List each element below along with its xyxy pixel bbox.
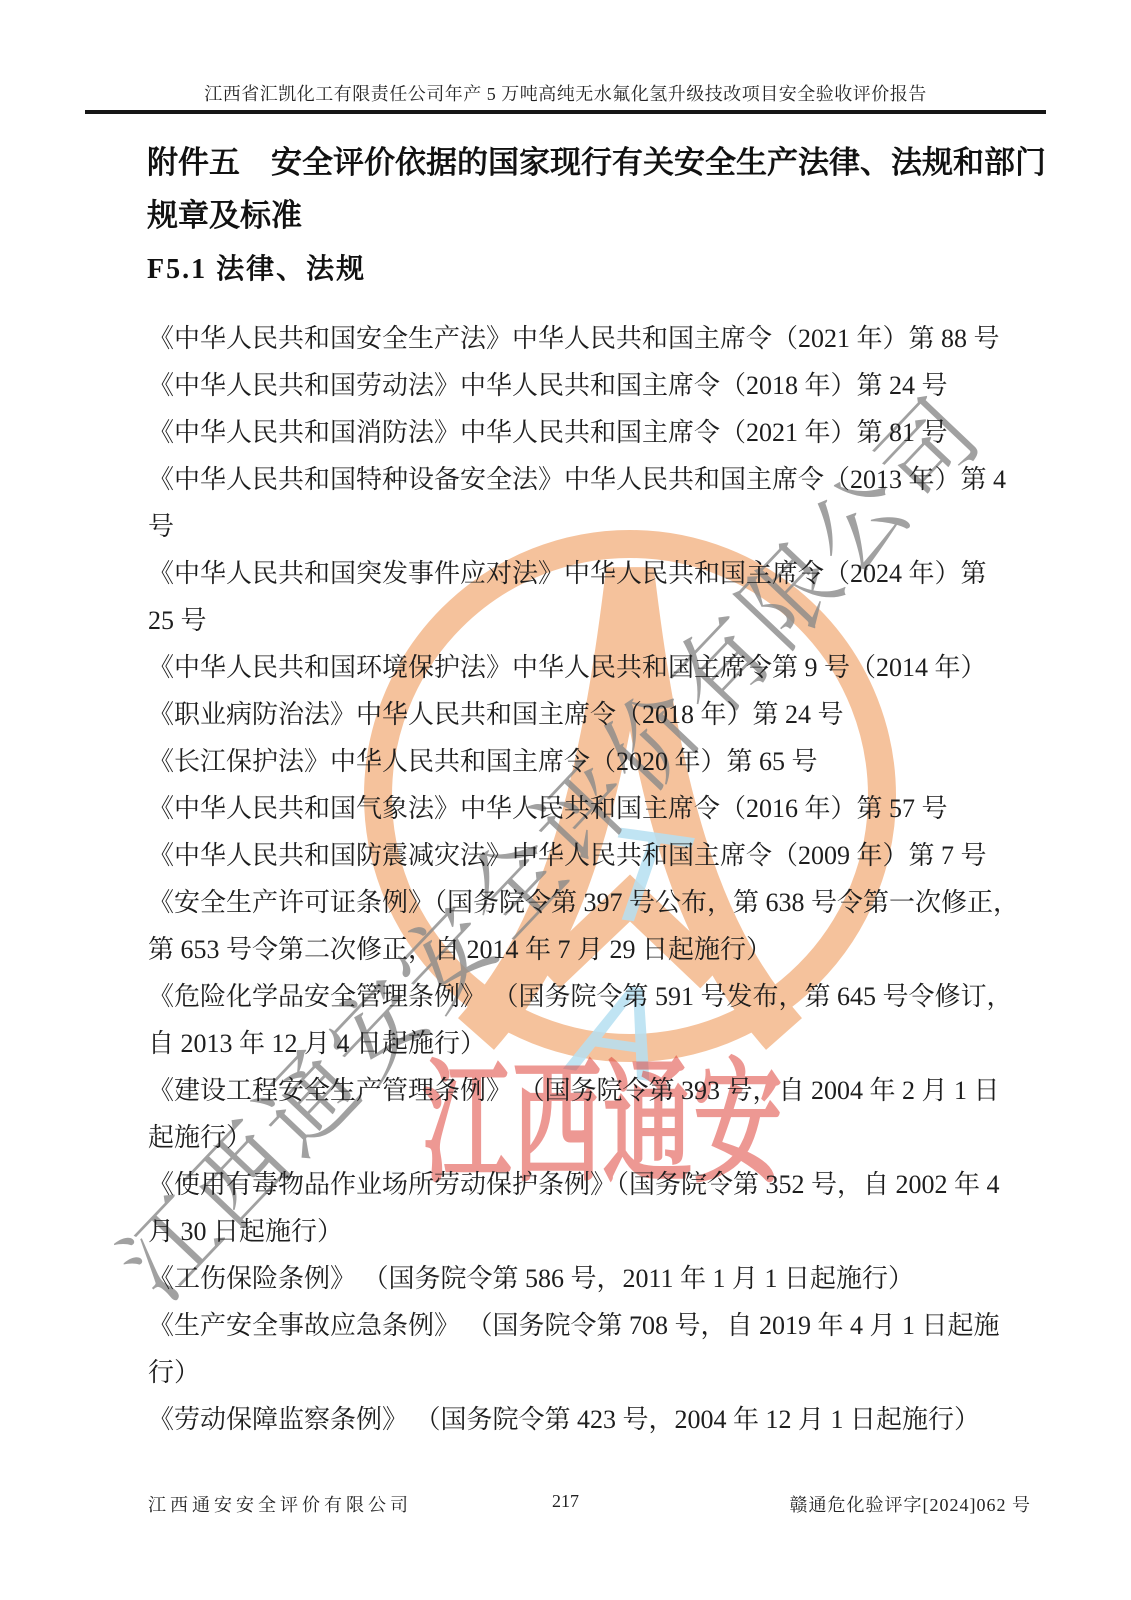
law-entry-line: 《安全生产许可证条例》（国务院令第 397 号公布，第 638 号令第一次修正，	[148, 879, 1033, 926]
law-entry-line: 《劳动保障监察条例》 （国务院令第 423 号，2004 年 12 月 1 日起…	[148, 1396, 1033, 1443]
law-entry-continuation: 行）	[148, 1349, 1033, 1396]
law-entry-continuation: 号	[148, 503, 1033, 550]
footer-page-number: 217	[552, 1491, 579, 1512]
doc-title-line1: 附件五 安全评价依据的国家现行有关安全生产法律、法规和部门	[147, 136, 1097, 189]
footer-company: 江西通安安全评价有限公司	[148, 1491, 412, 1517]
page-header-text: 江西省汇凯化工有限责任公司年产 5 万吨高纯无水氟化氢升级技改项目安全验收评价报…	[0, 80, 1131, 106]
law-entry-line: 《中华人民共和国消防法》中华人民共和国主席令（2021 年）第 81 号	[148, 409, 1033, 456]
law-entry-line: 《长江保护法》中华人民共和国主席令（2020 年）第 65 号	[148, 738, 1033, 785]
law-entry-continuation: 起施行）	[148, 1114, 1033, 1161]
law-entry-continuation: 自 2013 年 12 月 4 日起施行）	[148, 1020, 1033, 1067]
document-page: T A 江西通安安全评价有限公司 江西通安 江西省汇凯化工有限责任公司年产 5 …	[0, 0, 1131, 1600]
law-entry-line: 《中华人民共和国防震减灾法》中华人民共和国主席令（2009 年）第 7 号	[148, 832, 1033, 879]
law-entry-line: 《使用有毒物品作业场所劳动保护条例》（国务院令第 352 号，自 2002 年 …	[148, 1161, 1033, 1208]
law-entry-continuation: 25 号	[148, 597, 1033, 644]
law-entry-line: 《中华人民共和国特种设备安全法》中华人民共和国主席令（2013 年）第 4	[148, 456, 1033, 503]
law-entry-line: 《中华人民共和国安全生产法》中华人民共和国主席令（2021 年）第 88 号	[148, 315, 1033, 362]
doc-title-line2: 规章及标准	[147, 189, 1097, 242]
law-entry-line: 《职业病防治法》中华人民共和国主席令（2018 年）第 24 号	[148, 691, 1033, 738]
law-entry-continuation: 月 30 日起施行）	[148, 1208, 1033, 1255]
law-entry-continuation: 第 653 号令第二次修正，自 2014 年 7 月 29 日起施行）	[148, 926, 1033, 973]
law-entry-line: 《生产安全事故应急条例》 （国务院令第 708 号，自 2019 年 4 月 1…	[148, 1302, 1033, 1349]
law-entry-line: 《中华人民共和国突发事件应对法》中华人民共和国主席令（2024 年）第	[148, 550, 1033, 597]
law-entry-line: 《中华人民共和国劳动法》中华人民共和国主席令（2018 年）第 24 号	[148, 362, 1033, 409]
section-heading: F5.1 法律、法规	[147, 247, 366, 287]
header-rule	[85, 110, 1046, 114]
page-content: 江西省汇凯化工有限责任公司年产 5 万吨高纯无水氟化氢升级技改项目安全验收评价报…	[0, 0, 1131, 1600]
law-entry-line: 《中华人民共和国气象法》中华人民共和国主席令（2016 年）第 57 号	[148, 785, 1033, 832]
doc-title: 附件五 安全评价依据的国家现行有关安全生产法律、法规和部门 规章及标准	[147, 136, 1097, 242]
footer-doc-number: 赣通危化验评字[2024]062 号	[790, 1491, 1032, 1517]
law-entry-line: 《工伤保险条例》 （国务院令第 586 号，2011 年 1 月 1 日起施行）	[148, 1255, 1033, 1302]
law-entry-line: 《危险化学品安全管理条例》 （国务院令第 591 号发布，第 645 号令修订，	[148, 973, 1033, 1020]
law-list: 《中华人民共和国安全生产法》中华人民共和国主席令（2021 年）第 88 号 《…	[148, 315, 1033, 1443]
law-entry-line: 《中华人民共和国环境保护法》中华人民共和国主席令第 9 号（2014 年）	[148, 644, 1033, 691]
law-entry-line: 《建设工程安全生产管理条例》 （国务院令第 393 号，自 2004 年 2 月…	[148, 1067, 1033, 1114]
